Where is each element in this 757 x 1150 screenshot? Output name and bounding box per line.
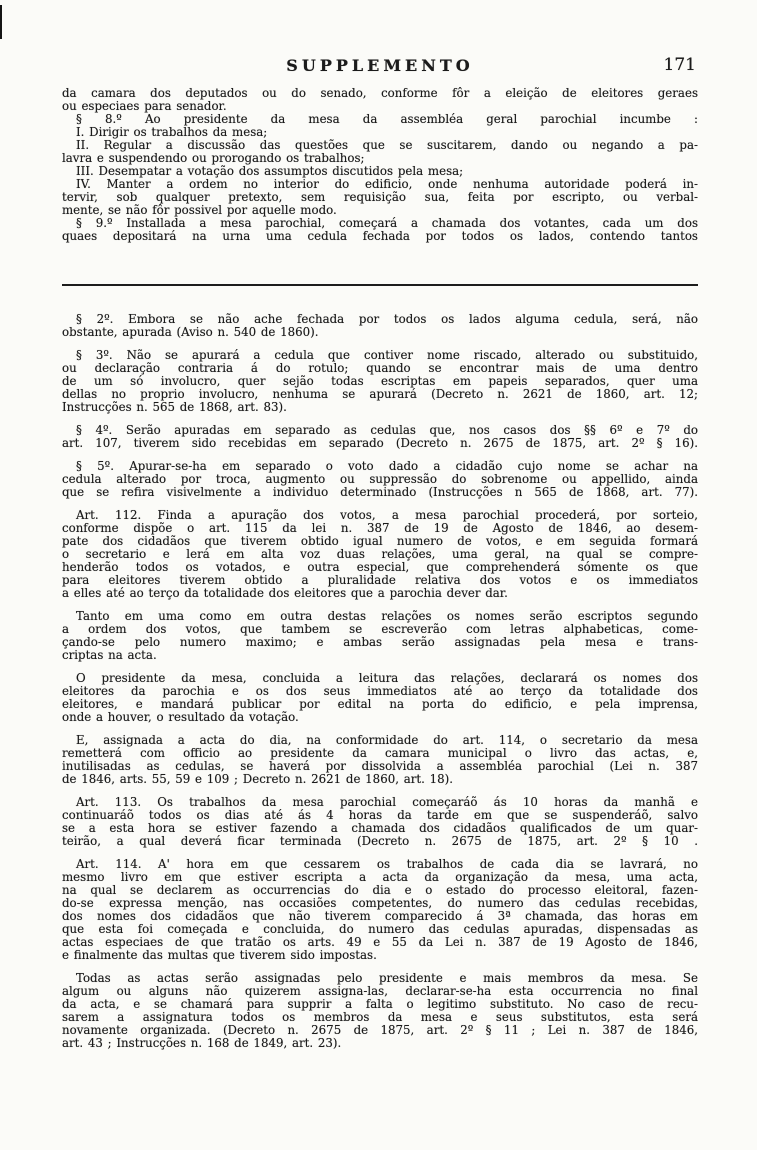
text-line: a ordem dos votos, que tambem se escreve… [62,623,698,636]
paragraph: § 8.º Ao presidente da mesa da assembléa… [62,113,698,126]
text-line: algum ou alguns não quizerem assigna-las… [62,985,698,998]
text-line: e finalmente das multas que tiverem sido… [62,949,698,962]
text-line: II. Regular a discussão das questões que… [62,139,698,152]
text-line: sarem a assignatura todos os membros da … [62,1011,698,1024]
text-line: § 8.º Ao presidente da mesa da assembléa… [62,113,698,126]
text-line: O presidente da mesa, concluida a leitur… [62,672,698,685]
text-line: que esta foi começada e concluida, do nu… [62,923,698,936]
footnote-block: § 2º. Embora se não ache fechada por tod… [62,313,698,1050]
paragraph: Art. 113. Os trabalhos da mesa parochial… [62,796,698,848]
text-line: Art. 112. Finda a apuração dos votos, a … [62,509,698,522]
text-line: Todas as actas serão assignadas pelo pre… [62,972,698,985]
text-line: § 5º. Apurar-se-ha em separado o voto da… [62,460,698,473]
text-line: tervir, sob qualquer pretexto, sem requi… [62,191,698,204]
paragraph: § 5º. Apurar-se-ha em separado o voto da… [62,460,698,499]
running-title: SUPPLEMENTO [286,56,473,75]
page-header: SUPPLEMENTO 171 [62,56,698,76]
text-line: onde a houver, o resultado da votação. [62,711,698,724]
text-line: mesmo livro em que estiver escripta a ac… [62,871,698,884]
text-line: § 4º. Serão apuradas em separado as cedu… [62,424,698,437]
main-text-block: da camara dos deputados ou do senado, co… [62,87,698,243]
paragraph: § 9.º Installada a mesa parochial, começ… [62,217,698,243]
text-line: teirão, a qual deverá ficar terminada (D… [62,835,698,848]
text-line: henderão todos os votados, e outra espec… [62,561,698,574]
text-line: remetterá com officio ao presidente da c… [62,747,698,760]
text-line: dos nomes dos cidadãos que não tiverem c… [62,910,698,923]
text-line: § 9.º Installada a mesa parochial, começ… [62,217,698,230]
paragraph: III. Desempatar a votação dos assumptos … [62,165,698,178]
text-line: obstante, apurada (Aviso n. 540 de 1860)… [62,326,698,339]
document-page: SUPPLEMENTO 171 da camara dos deputados … [0,0,757,1150]
text-line: actas especiaes de que tratão os arts. 4… [62,936,698,949]
paragraph: § 4º. Serão apuradas em separado as cedu… [62,424,698,450]
text-line: Instrucções n. 565 de 1868, art. 83). [62,401,698,414]
text-line: E, assignada a acta do dia, na conformid… [62,734,698,747]
text-line: § 3º. Não se apurará a cedula que contiv… [62,349,698,362]
text-line: da camara dos deputados ou do senado, co… [62,87,698,100]
text-line: do-se expressa menção, nas occasiões com… [62,897,698,910]
text-line: çando-se pelo numero maximo; e ambas ser… [62,636,698,649]
text-line: da acta, e se chamará para supprir a fal… [62,998,698,1011]
text-line: a elles até ao terço da totalidade dos e… [62,587,698,600]
text-line: art. 43 ; Instrucções n. 168 de 1849, ar… [62,1037,698,1050]
text-line: cedula alterado por troca, augmento ou s… [62,473,698,486]
text-line: Art. 114. A' hora em que cessarem os tra… [62,858,698,871]
paragraph: § 2º. Embora se não ache fechada por tod… [62,313,698,339]
text-line: quaes depositará na urna uma cedula fech… [62,230,698,243]
text-line: IV. Manter a ordem no interior do edific… [62,178,698,191]
footnote-divider [62,284,698,286]
paragraph: E, assignada a acta do dia, na conformid… [62,734,698,786]
text-line: Art. 113. Os trabalhos da mesa parochial… [62,796,698,809]
paragraph: Art. 112. Finda a apuração dos votos, a … [62,509,698,600]
text-line: III. Desempatar a votação dos assumptos … [62,165,698,178]
paragraph: da camara dos deputados ou do senado, co… [62,87,698,113]
paragraph: Art. 114. A' hora em que cessarem os tra… [62,858,698,962]
text-line: eleitores da parochia e os dos seus imme… [62,685,698,698]
text-line: ou especiaes para senador. [62,100,698,113]
text-line: art. 107, tiverem sido recebidas em sepa… [62,437,698,450]
text-line: continuaráõ todos os dias até ás 4 horas… [62,809,698,822]
text-line: ou declaração contraria á do rotulo; qua… [62,362,698,375]
scan-edge-artifact [0,5,2,39]
text-line: § 2º. Embora se não ache fechada por tod… [62,313,698,326]
text-line: de um só involucro, quer sejão todas esc… [62,375,698,388]
text-line: pate dos cidadãos que tiverem obtido igu… [62,535,698,548]
paragraph: Tanto em uma como em outra destas relaçõ… [62,610,698,662]
text-line: conforme dispõe o art. 115 da lei n. 387… [62,522,698,535]
paragraph: Todas as actas serão assignadas pelo pre… [62,972,698,1050]
text-line: que se refira visivelmente a individuo d… [62,486,698,499]
paragraph: O presidente da mesa, concluida a leitur… [62,672,698,724]
text-line: se a esta hora se estiver fazendo a cham… [62,822,698,835]
text-line: dellas no proprio involucro, nenhuma se … [62,388,698,401]
page-content: SUPPLEMENTO 171 da camara dos deputados … [62,56,698,1050]
text-line: na qual se declarem as occurrencias do d… [62,884,698,897]
paragraph: II. Regular a discussão das questões que… [62,139,698,165]
paragraph: IV. Manter a ordem no interior do edific… [62,178,698,217]
text-line: para eleitores tiverem obtido a pluralid… [62,574,698,587]
text-line: de 1846, arts. 55, 59 e 109 ; Decreto n.… [62,773,698,786]
text-line: criptas na acta. [62,649,698,662]
page-number: 171 [664,55,696,75]
text-line: o secretario e lerá em alta voz duas rel… [62,548,698,561]
text-line: novamente organizada. (Decreto n. 2675 d… [62,1024,698,1037]
text-line: mente, se não fôr possivel por aquelle m… [62,204,698,217]
paragraph: § 3º. Não se apurará a cedula que contiv… [62,349,698,414]
paragraph: I. Dirigir os trabalhos da mesa; [62,126,698,139]
text-line: Tanto em uma como em outra destas relaçõ… [62,610,698,623]
text-line: I. Dirigir os trabalhos da mesa; [62,126,698,139]
text-line: lavra e suspendendo ou prorogando os tra… [62,152,698,165]
text-line: inutilisadas as cedulas, se haverá por d… [62,760,698,773]
text-line: eleitores, e mandará publicar por edital… [62,698,698,711]
